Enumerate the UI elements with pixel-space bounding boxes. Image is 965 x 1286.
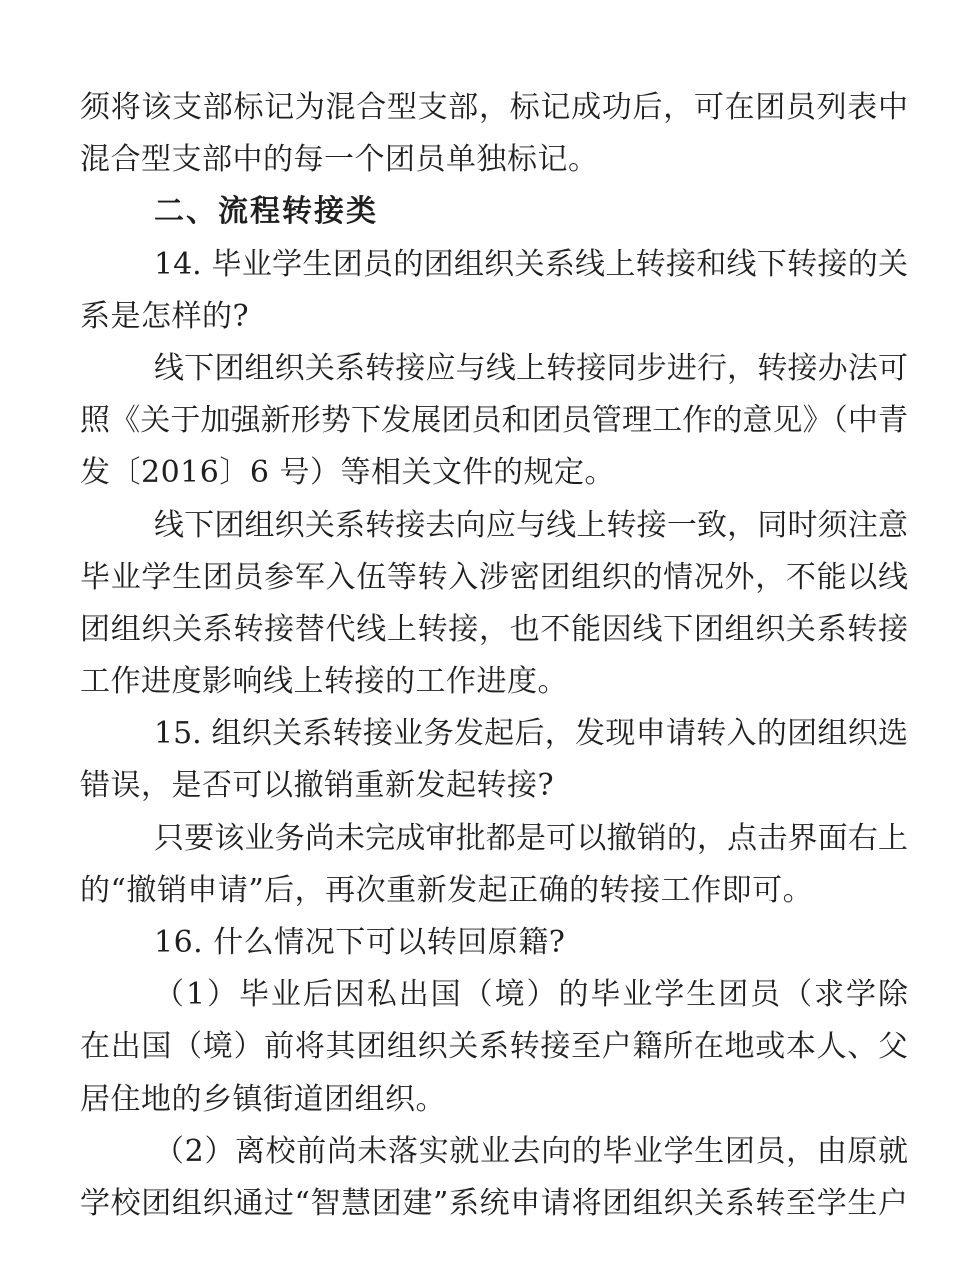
text-line: 团组织关系转接替代线上转接，也不能因线下团组织关系转接的 [80,604,908,656]
text-line: 毕业学生团员参军入伍等转入涉密团组织的情况外，不能以线下 [80,552,908,604]
text-line: 线下团组织关系转接应与线上转接同步进行，转接办法可参 [80,343,908,395]
text-line: 照《关于加强新形势下发展团员和团员管理工作的意见》（中青 [80,395,908,447]
question-line: 错误，是否可以撤销重新发起转接? [80,760,908,812]
question-line: 系是怎样的? [80,291,908,343]
text-line: 须将该支部标记为混合型支部，标记成功后，可在团员列表中对 [80,82,908,134]
document-page: 须将该支部标记为混合型支部，标记成功后，可在团员列表中对 混合型支部中的每一个团… [0,0,965,1286]
text-line: 只要该业务尚未完成审批都是可以撤销的，点击界面右上角 [80,813,908,865]
text-line: 在出国（境）前将其团组织关系转接至户籍所在地或本人、父母 [80,1021,908,1073]
text-line: （1）毕业后因私出国（境）的毕业学生团员（求学除外）， [80,969,908,1021]
section-heading: 二、流程转接类 [80,186,908,238]
question-line: 15. 组织关系转接业务发起后，发现申请转入的团组织选择 [80,708,908,760]
text-line: 工作进度影响线上转接的工作进度。 [80,656,908,708]
text-line: 混合型支部中的每一个团员单独标记。 [80,134,908,186]
question-line: 16. 什么情况下可以转回原籍? [80,917,908,969]
text-line: 的“撤销申请”后，再次重新发起正确的转接工作即可。 [80,865,908,917]
text-line: 居住地的乡镇街道团组织。 [80,1074,908,1126]
question-line: 14. 毕业学生团员的团组织关系线上转接和线下转接的关 [80,239,908,291]
text-line: 学校团组织通过“智慧团建”系统申请将团组织关系转至学生户 [80,1178,908,1230]
text-line: 发〔2016〕6 号）等相关文件的规定。 [80,447,908,499]
text-line: 线下团组织关系转接去向应与线上转接一致，同时须注意除 [80,500,908,552]
text-line: （2）离校前尚未落实就业去向的毕业学生团员，由原就读 [80,1126,908,1178]
